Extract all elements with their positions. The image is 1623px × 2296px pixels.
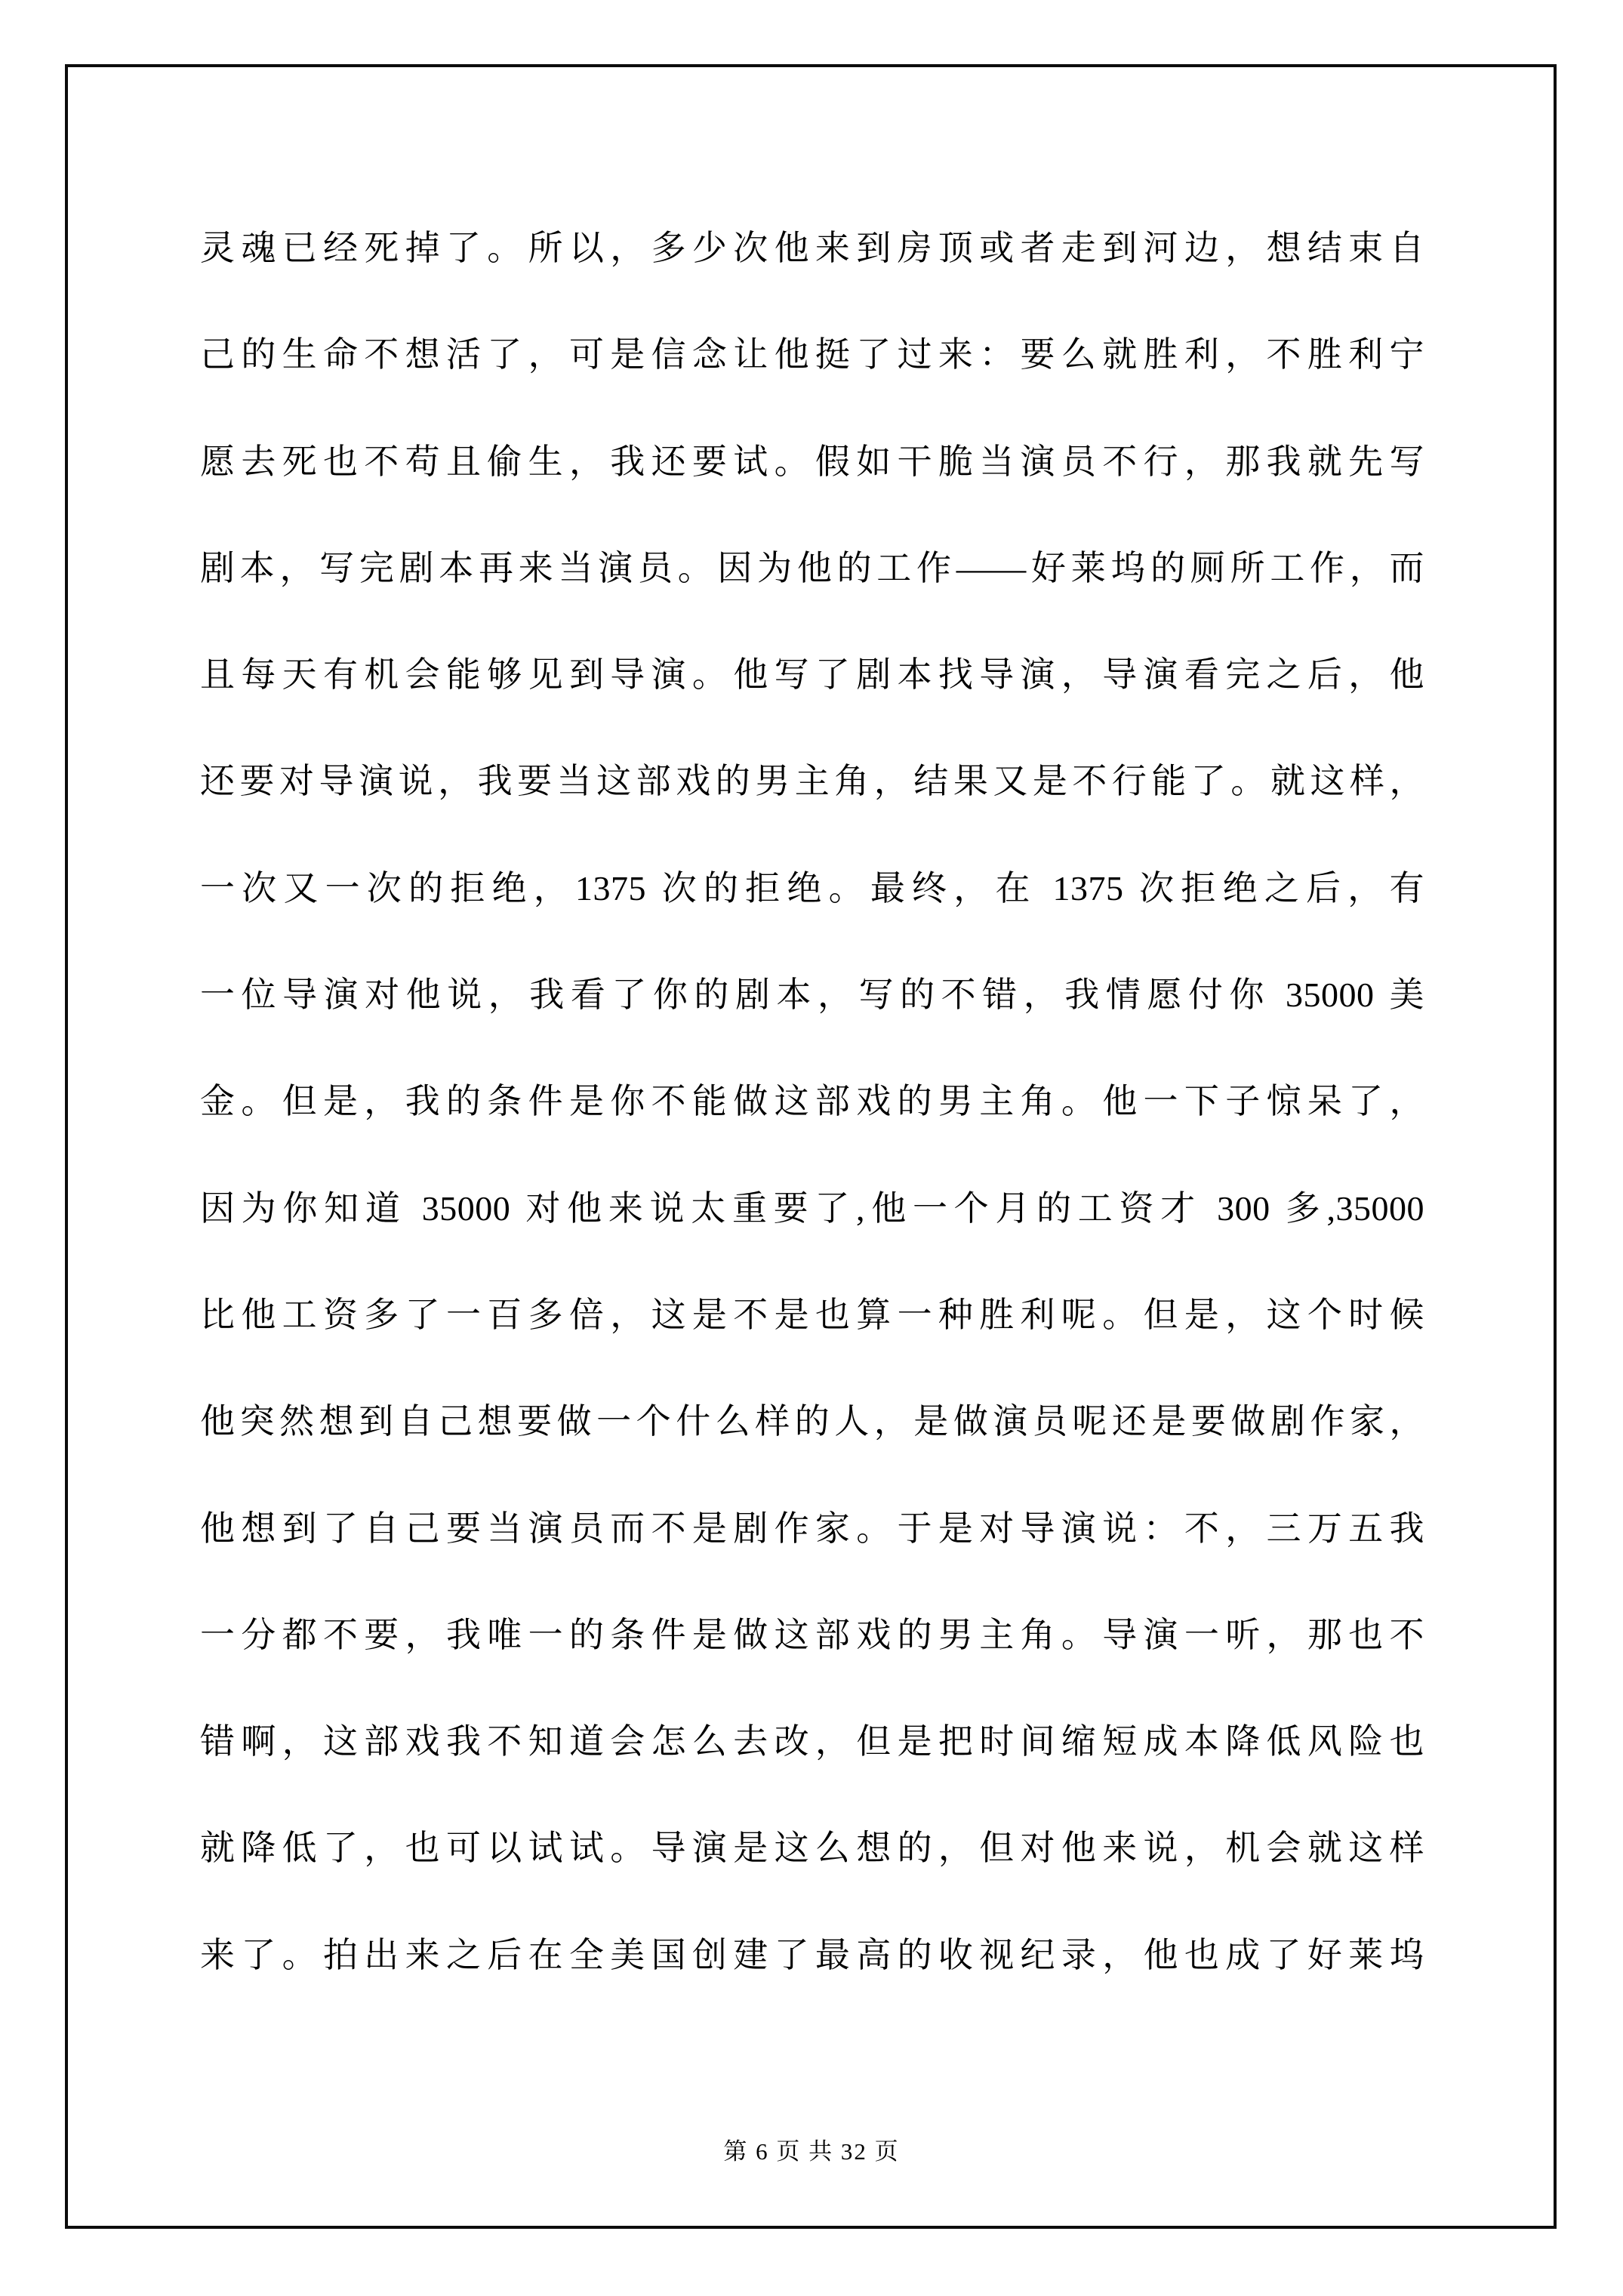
text-line: 错啊，这部戏我不知道会怎么去改，但是把时间缩短成本降低风险也: [200, 1720, 1424, 1826]
text-line: 他想到了自己要当演员而不是剧作家。于是对导演说：不，三万五我: [200, 1507, 1424, 1613]
text-line: 剧本，写完剧本再来当演员。因为他的工作——好莱坞的厕所工作，而: [200, 547, 1424, 653]
text-line: 还要对导演说，我要当这部戏的男主角，结果又是不行能了。就这样，: [200, 760, 1424, 866]
text-line: 灵魂已经死掉了。所以，多少次他来到房顶或者走到河边，想结束自: [200, 227, 1424, 333]
text-line: 且每天有机会能够见到导演。他写了剧本找导演，导演看完之后，他: [200, 653, 1424, 760]
text-line: 他突然想到自己想要做一个什么样的人，是做演员呢还是要做剧作家，: [200, 1400, 1424, 1506]
text-line: 来了。拍出来之后在全美国创建了最高的收视纪录，他也成了好莱坞: [200, 1934, 1424, 2040]
text-line: 一位导演对他说，我看了你的剧本，写的不错，我情愿付你 35000 美: [200, 973, 1424, 1080]
text-line: 己的生命不想活了，可是信念让他挺了过来：要么就胜利，不胜利宁: [200, 333, 1424, 439]
text-line: 就降低了，也可以试试。导演是这么想的，但对他来说，机会就这样: [200, 1826, 1424, 1933]
text-line: 一次又一次的拒绝，1375 次的拒绝。最终，在 1375 次拒绝之后，有: [200, 867, 1424, 973]
text-line: 金。但是，我的条件是你不能做这部戏的男主角。他一下子惊呆了，: [200, 1080, 1424, 1186]
text-line: 一分都不要，我唯一的条件是做这部戏的男主角。导演一听，那也不: [200, 1613, 1424, 1720]
page-number-footer: 第 6 页 共 32 页: [0, 2132, 1623, 2166]
text-line: 因为你知道 35000 对他来说太重要了,他一个月的工资才 300 多,3500…: [200, 1187, 1424, 1293]
body-text-block: 灵魂已经死掉了。所以，多少次他来到房顶或者走到河边，想结束自 己的生命不想活了，…: [200, 227, 1424, 2040]
text-line: 愿去死也不苟且偷生，我还要试。假如干脆当演员不行，那我就先写: [200, 440, 1424, 547]
document-page: 灵魂已经死掉了。所以，多少次他来到房顶或者走到河边，想结束自 己的生命不想活了，…: [0, 0, 1623, 2296]
text-line: 比他工资多了一百多倍，这是不是也算一种胜利呢。但是，这个时候: [200, 1293, 1424, 1400]
